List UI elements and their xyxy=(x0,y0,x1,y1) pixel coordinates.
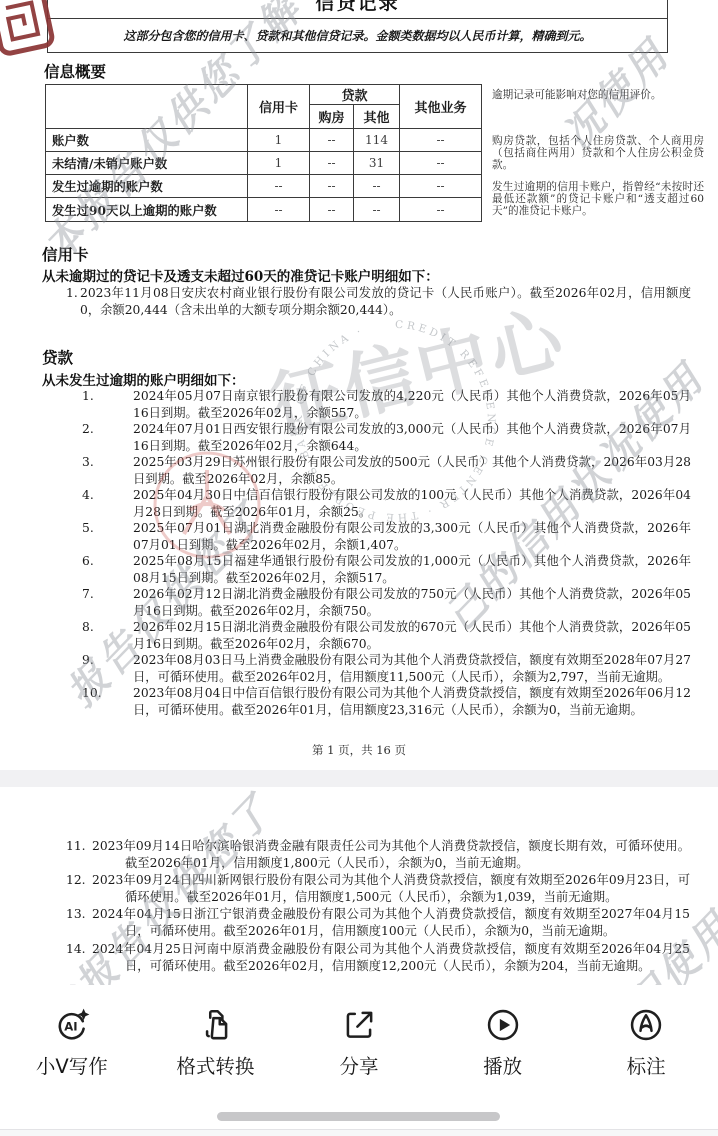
col-loan-other: 其他 xyxy=(354,105,400,129)
cell-value: -- xyxy=(354,198,400,222)
cell-value: -- xyxy=(248,175,310,198)
side-note-house-loan: 购房贷款，包括个人住房贷款、个人商用房（包括商住两用）贷款和个人住房公积金贷款。 xyxy=(492,136,704,171)
loan-item: 11.2023年09月14日哈尔滨哈银消费金融有限责任公司为其他个人消费贷款授信… xyxy=(33,838,690,872)
side-note-overdue-card: 发生过逾期的信用卡账户，指曾经“未按时还最低还款额”的贷记卡账户和“透支超过60… xyxy=(492,182,704,217)
item-number: 12. xyxy=(66,872,92,889)
loan-subheading: 从未发生过逾期的账户明细如下： xyxy=(42,369,245,389)
cell-value: -- xyxy=(310,175,354,198)
table-row: 账户数 1 -- 114 -- xyxy=(46,129,482,152)
page-title: 信贷记录 xyxy=(48,0,667,15)
item-text: 2023年08月04日中信百信银行股份有限公司为其他个人消费贷款授信，额度有效期… xyxy=(133,686,691,717)
item-text: 2023年11月08日安庆农村商业银行股份有限公司发放的贷记卡（人民币账户）。截… xyxy=(80,286,691,317)
format-convert-icon xyxy=(196,1006,234,1044)
toolbar-scroll-indicator[interactable] xyxy=(217,1112,500,1121)
item-text: 2025年03月29日苏州银行股份有限公司发放的500元（人民币）其他个人消费贷… xyxy=(133,455,691,486)
item-text: 2026年02月12日湖北消费金融股份有限公司发放的750元（人民币）其他个人消… xyxy=(133,587,691,618)
item-text: 2023年08月03日马上消费金融股份有限公司为其他个人消费贷款授信，额度有效期… xyxy=(133,653,691,684)
loan-item: 2.2024年07月01日西安银行股份有限公司发放的3,000元（人民币）其他个… xyxy=(41,421,691,454)
col-credit-card: 信用卡 xyxy=(248,85,310,129)
toolbar-item-label: 分享 xyxy=(339,1051,378,1079)
item-number: 8. xyxy=(82,619,133,636)
item-number: 1. xyxy=(66,285,80,302)
loan-list-page1: 1.2024年05月07日南京银行股份有限公司发放的4,220元（人民币）其他个… xyxy=(41,388,691,718)
loan-item: 10.2023年08月04日中信百信银行股份有限公司为其他个人消费贷款授信，额度… xyxy=(41,685,691,718)
item-text: 2023年09月24日四川新网银行股份有限公司为其他个人消费贷款授信，额度有效期… xyxy=(92,873,690,904)
table-row: 发生过90天以上逾期的账户数 -- -- -- -- xyxy=(46,198,482,222)
toolbar-item-label: 小V写作 xyxy=(36,1051,108,1079)
page-number: 第 1 页，共 16 页 xyxy=(0,742,718,758)
item-text: 2024年07月01日西安银行股份有限公司发放的3,000元（人民币）其他个人消… xyxy=(133,422,691,453)
loan-item: 13.2024年04月15日浙江宁银消费金融股份有限公司为其他个人消费贷款授信，… xyxy=(33,906,690,940)
item-text: 2023年09月14日哈尔滨哈银消费金融有限责任公司为其他个人消费贷款授信，额度… xyxy=(92,839,690,870)
table-row: 未结清/未销户账户数 1 -- 31 -- xyxy=(46,152,482,175)
col-loan-house: 购房 xyxy=(310,105,354,129)
credit-card-heading: 信用卡 xyxy=(42,243,89,265)
cell-value: -- xyxy=(354,175,400,198)
loan-item: 6.2025年08月15日福建华通银行股份有限公司发放的1,000元（人民币）其… xyxy=(41,553,691,586)
item-number: 13. xyxy=(66,906,92,923)
document-viewer-app: 信贷记录 这部分包含您的信用卡、贷款和其他信贷记录。金额类数据均以人民币计算，精… xyxy=(0,0,718,1136)
row-label: 未结清/未销户账户数 xyxy=(46,152,248,175)
svg-text:AI: AI xyxy=(64,1019,77,1033)
ai-writing-icon: AI xyxy=(53,1006,91,1044)
loan-item: 7.2026年02月12日湖北消费金融股份有限公司发放的750元（人民币）其他个… xyxy=(41,586,691,619)
credit-card-subheading: 从未逾期过的贷记卡及透支未超过60天的准贷记卡账户明细如下： xyxy=(42,265,439,285)
annotate-icon xyxy=(627,1006,665,1044)
item-number: 5. xyxy=(82,520,133,537)
cell-value: -- xyxy=(248,198,310,222)
report-section-title-box: 信贷记录 这部分包含您的信用卡、贷款和其他信贷记录。金额类数据均以人民币计算，精… xyxy=(47,0,668,53)
cell-value: 31 xyxy=(354,152,400,175)
item-text: 2025年08月15日福建华通银行股份有限公司发放的1,000元（人民币）其他个… xyxy=(133,554,691,585)
item-number: 4. xyxy=(82,487,133,504)
item-text: 2026年02月15日湖北消费金融股份有限公司发放的670元（人民币）其他个人消… xyxy=(133,620,691,651)
cell-value: -- xyxy=(400,152,482,175)
annotate-button[interactable]: 标注 xyxy=(574,985,718,1136)
intro-note: 这部分包含您的信用卡、贷款和其他信贷记录。金额类数据均以人民币计算，精确到元。 xyxy=(123,27,591,44)
loan-item: 5.2025年07月01日湖北消费金融股份有限公司发放的3,300元（人民币）其… xyxy=(41,520,691,553)
item-text: 2024年04月25日河南中原消费金融股份有限公司为其他个人消费贷款授信，额度有… xyxy=(92,942,690,973)
loan-item: 4.2025年04月30日中信百信银行股份有限公司发放的100元（人民币）其他个… xyxy=(41,487,691,520)
loan-item: 8.2026年02月15日湖北消费金融股份有限公司发放的670元（人民币）其他个… xyxy=(41,619,691,652)
cell-value: -- xyxy=(400,198,482,222)
cell-value: -- xyxy=(400,175,482,198)
summary-table-corner xyxy=(46,85,248,129)
item-number: 10. xyxy=(82,685,133,702)
col-loan: 贷款 xyxy=(310,85,400,105)
page-gap-divider xyxy=(0,770,718,787)
item-number: 14. xyxy=(66,941,92,958)
row-label: 发生过90天以上逾期的账户数 xyxy=(46,198,248,222)
item-text: 2024年04月15日浙江宁银消费金融股份有限公司为其他个人消费贷款授信，额度有… xyxy=(92,907,690,938)
item-number: 6. xyxy=(82,553,133,570)
summary-heading: 信息概要 xyxy=(44,60,106,82)
loan-heading: 贷款 xyxy=(42,346,73,368)
row-label: 发生过逾期的账户数 xyxy=(46,175,248,198)
share-icon xyxy=(340,1006,378,1044)
item-text: 2025年04月30日中信百信银行股份有限公司发放的100元（人民币）其他个人消… xyxy=(133,488,691,519)
item-number: 1. xyxy=(82,388,133,405)
loan-list-page2: 11.2023年09月14日哈尔滨哈银消费金融有限责任公司为其他个人消费贷款授信… xyxy=(33,838,690,975)
credit-card-item: 1.2023年11月08日安庆农村商业银行股份有限公司发放的贷记卡（人民币账户）… xyxy=(33,285,691,319)
cell-value: 114 xyxy=(354,129,400,152)
ai-writing-button[interactable]: AI 小V写作 xyxy=(0,985,144,1136)
loan-item: 9.2023年08月03日马上消费金融股份有限公司为其他个人消费贷款授信，额度有… xyxy=(41,652,691,685)
item-text: 2025年07月01日湖北消费金融股份有限公司发放的3,300元（人民币）其他个… xyxy=(133,521,691,552)
item-number: 11. xyxy=(66,838,92,855)
bottom-edge-strip xyxy=(0,1130,718,1136)
row-label: 账户数 xyxy=(46,129,248,152)
item-number: 3. xyxy=(82,454,133,471)
summary-table: 信用卡 贷款 其他业务 购房 其他 账户数 1 -- 114 -- 未结清/未销… xyxy=(45,84,482,222)
toolbar-item-label: 播放 xyxy=(483,1051,522,1079)
table-row: 发生过逾期的账户数 -- -- -- -- xyxy=(46,175,482,198)
cell-value: -- xyxy=(310,198,354,222)
item-number: 7. xyxy=(82,586,133,603)
cell-value: -- xyxy=(310,129,354,152)
item-number: 9. xyxy=(82,652,133,669)
loan-item: 12.2023年09月24日四川新网银行股份有限公司为其他个人消费贷款授信，额度… xyxy=(33,872,690,906)
cell-value: 1 xyxy=(248,152,310,175)
loan-item: 3.2025年03月29日苏州银行股份有限公司发放的500元（人民币）其他个人消… xyxy=(41,454,691,487)
toolbar-item-label: 格式转换 xyxy=(176,1051,254,1079)
item-number: 2. xyxy=(82,421,133,438)
cell-value: -- xyxy=(310,152,354,175)
toolbar-item-label: 标注 xyxy=(627,1051,666,1079)
cell-value: 1 xyxy=(248,129,310,152)
side-note-overdue: 逾期记录可能影响对您的信用评价。 xyxy=(492,90,704,102)
loan-item: 1.2024年05月07日南京银行股份有限公司发放的4,220元（人民币）其他个… xyxy=(41,388,691,421)
cell-value: -- xyxy=(400,129,482,152)
intro-note-row: 这部分包含您的信用卡、贷款和其他信贷记录。金额类数据均以人民币计算，精确到元。 xyxy=(48,18,667,52)
item-text: 2024年05月07日南京银行股份有限公司发放的4,220元（人民币）其他个人消… xyxy=(133,389,691,420)
col-other-business: 其他业务 xyxy=(400,85,482,129)
play-icon xyxy=(484,1006,522,1044)
loan-item: 14.2024年04月25日河南中原消费金融股份有限公司为其他个人消费贷款授信，… xyxy=(33,941,690,975)
